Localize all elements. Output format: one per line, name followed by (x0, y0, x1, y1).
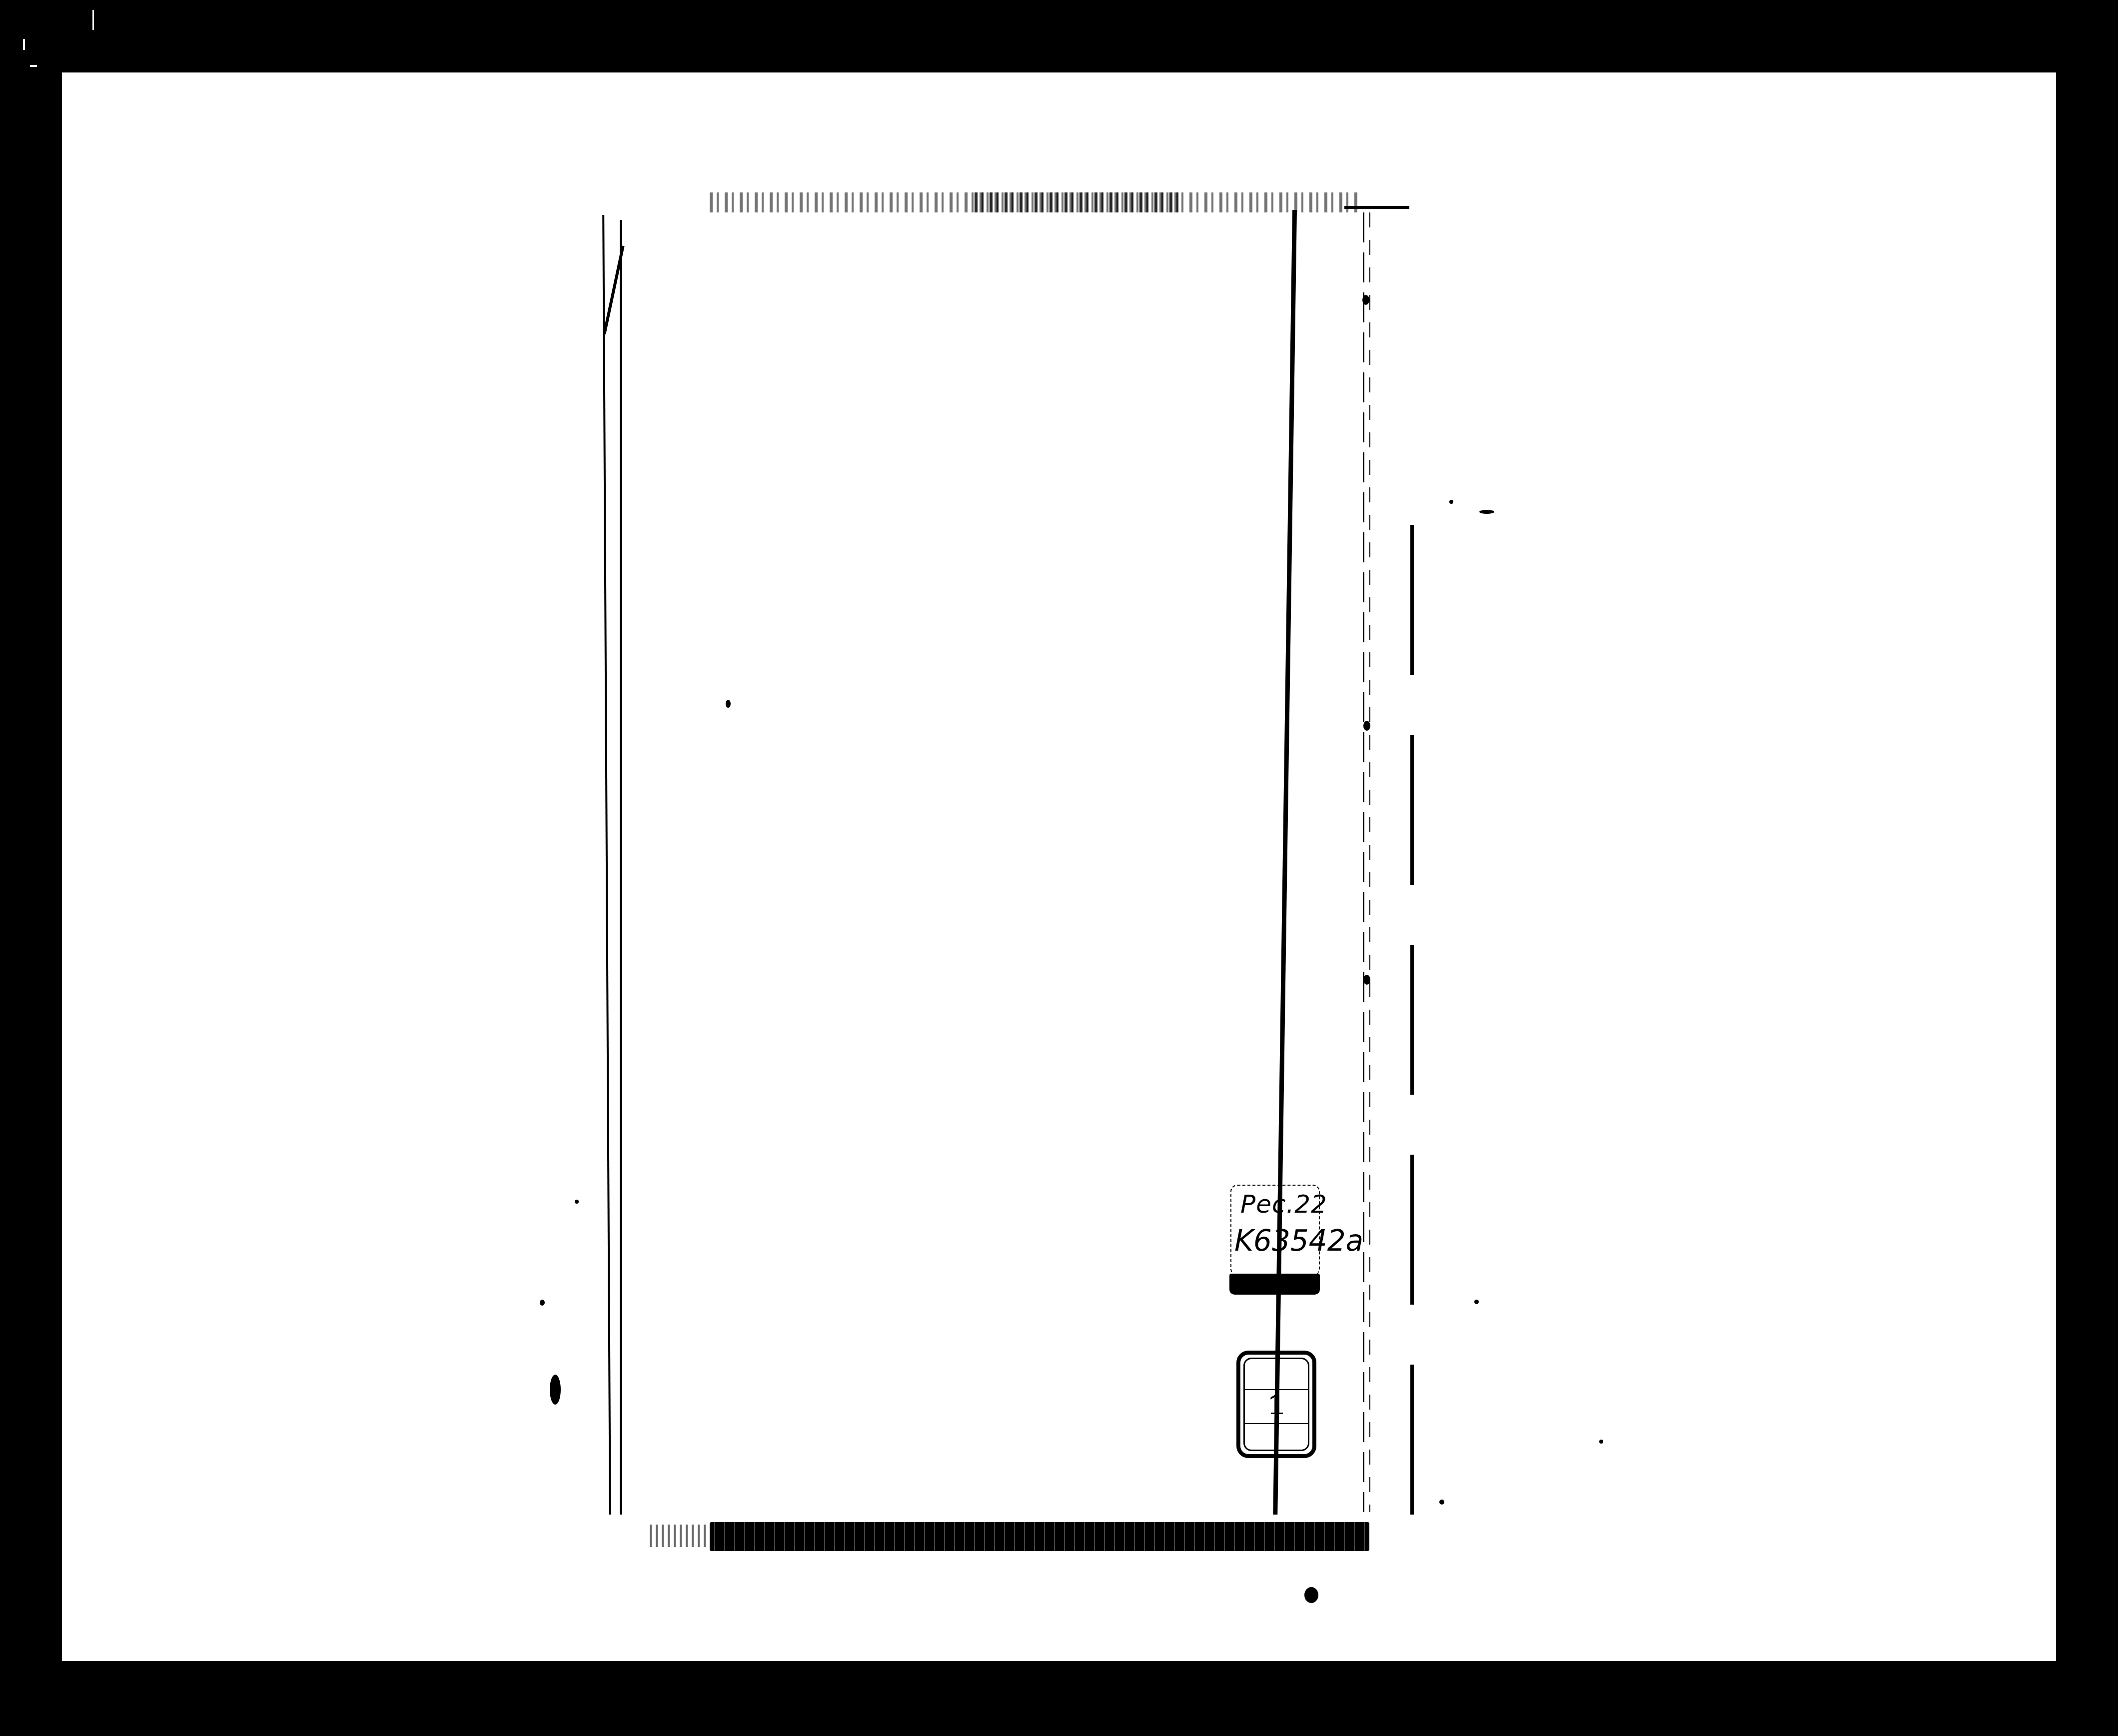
cover-left-inner-edge (620, 220, 622, 1515)
spine-outer-edge (1410, 525, 1414, 1525)
scan-speck (1449, 500, 1453, 504)
scan-speck (1304, 1587, 1318, 1603)
spine-top-rule (1344, 206, 1409, 209)
bottom-edge-fade (650, 1525, 720, 1547)
spine-dashed-line (1363, 212, 1364, 1512)
volume-number: 1 (1245, 1390, 1308, 1421)
bottom-edge-shadow (710, 1522, 1369, 1551)
call-number-line-2: K63542a (1234, 1224, 1363, 1258)
scan-speck (540, 1300, 545, 1306)
spine-dot (1363, 975, 1370, 985)
scan-speck (1439, 1500, 1444, 1505)
scan-speck (1599, 1440, 1603, 1444)
call-number-line-1: Pec.22 (1240, 1190, 1327, 1219)
scan-speck (575, 1200, 579, 1204)
border-white-speck (30, 65, 37, 67)
label-black-band (1229, 1274, 1320, 1295)
volume-box-inner: 1 (1243, 1358, 1309, 1451)
volume-box-divider (1245, 1423, 1308, 1424)
scan-speck (1474, 1300, 1479, 1304)
spine-dot (1362, 295, 1369, 305)
border-white-speck (92, 10, 94, 30)
scan-background (62, 72, 2056, 1661)
scan-speck (550, 1375, 561, 1405)
scan-speck (1479, 510, 1494, 514)
call-number-label: Pec.22 K63542a (1230, 1185, 1318, 1305)
scan-speck (726, 700, 731, 708)
border-white-speck (23, 39, 25, 50)
volume-box: 1 (1236, 1351, 1316, 1458)
border-speck (20, 1410, 23, 1417)
top-edge-noise-dense (975, 192, 1184, 212)
spine-dashed-line-2 (1369, 212, 1370, 1512)
spine-dot (1363, 721, 1370, 731)
